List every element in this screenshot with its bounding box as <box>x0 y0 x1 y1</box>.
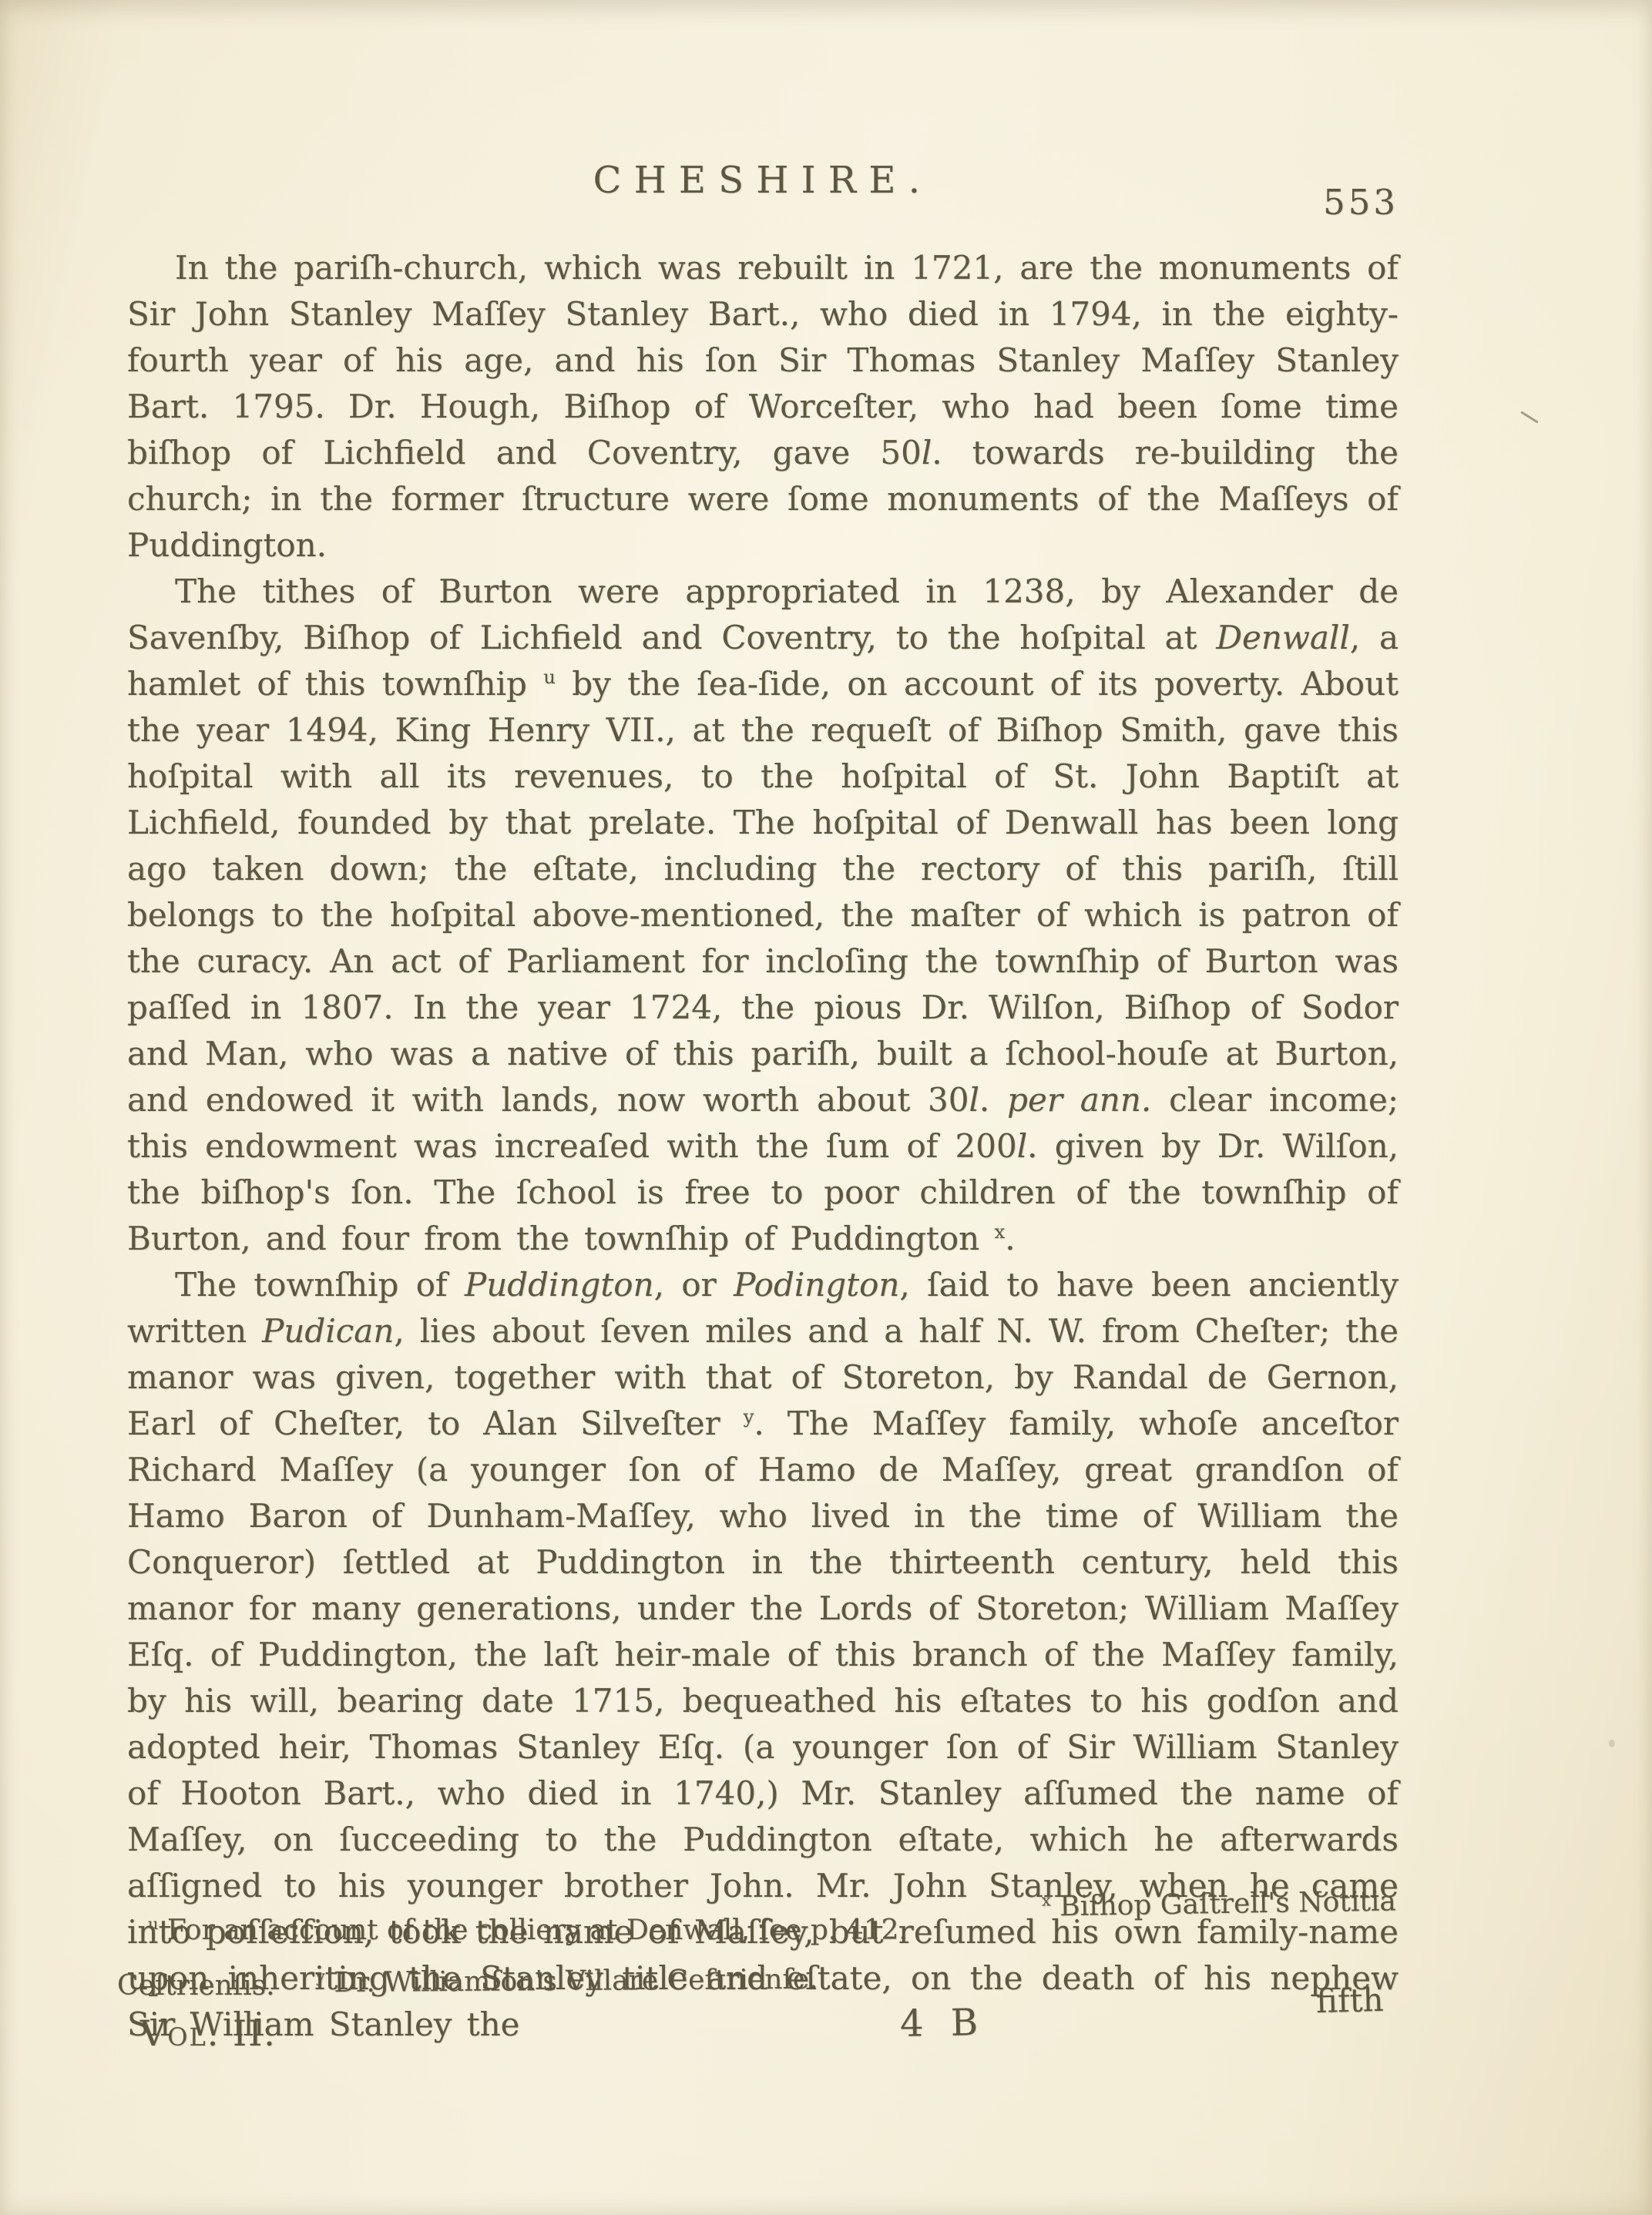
catchword: fifth <box>1315 1981 1384 2020</box>
book-page-scan: CHESHIRE. 553 In the pariſh-church, whic… <box>0 0 1652 2215</box>
volume-label: Vol. II. <box>140 2012 277 2054</box>
page-number: 553 <box>127 182 1398 223</box>
footnote-x: x Biſhop Gaſtrell's Notitia <box>1042 1884 1396 1924</box>
footnote-y: y Dr. Williamſon's Villare Ceſtrienſe. <box>316 1963 818 2001</box>
body-text: In the pariſh-church, which was rebuilt … <box>127 245 1398 2048</box>
footnote-u: u For an account of the colliery at Denw… <box>148 1914 908 1948</box>
signature-mark: 4 B <box>900 2001 986 2046</box>
scan-artifact-scratch <box>1520 411 1539 423</box>
footnote-x-continuation: Ceſtrienſis. <box>117 1969 275 2003</box>
paragraph-tithes-of-burton: The tithes of Burton were appropriated i… <box>127 569 1398 1262</box>
paragraph-parish-church: In the pariſh-church, which was rebuilt … <box>127 245 1398 569</box>
scan-artifact-speck <box>1609 1740 1615 1747</box>
